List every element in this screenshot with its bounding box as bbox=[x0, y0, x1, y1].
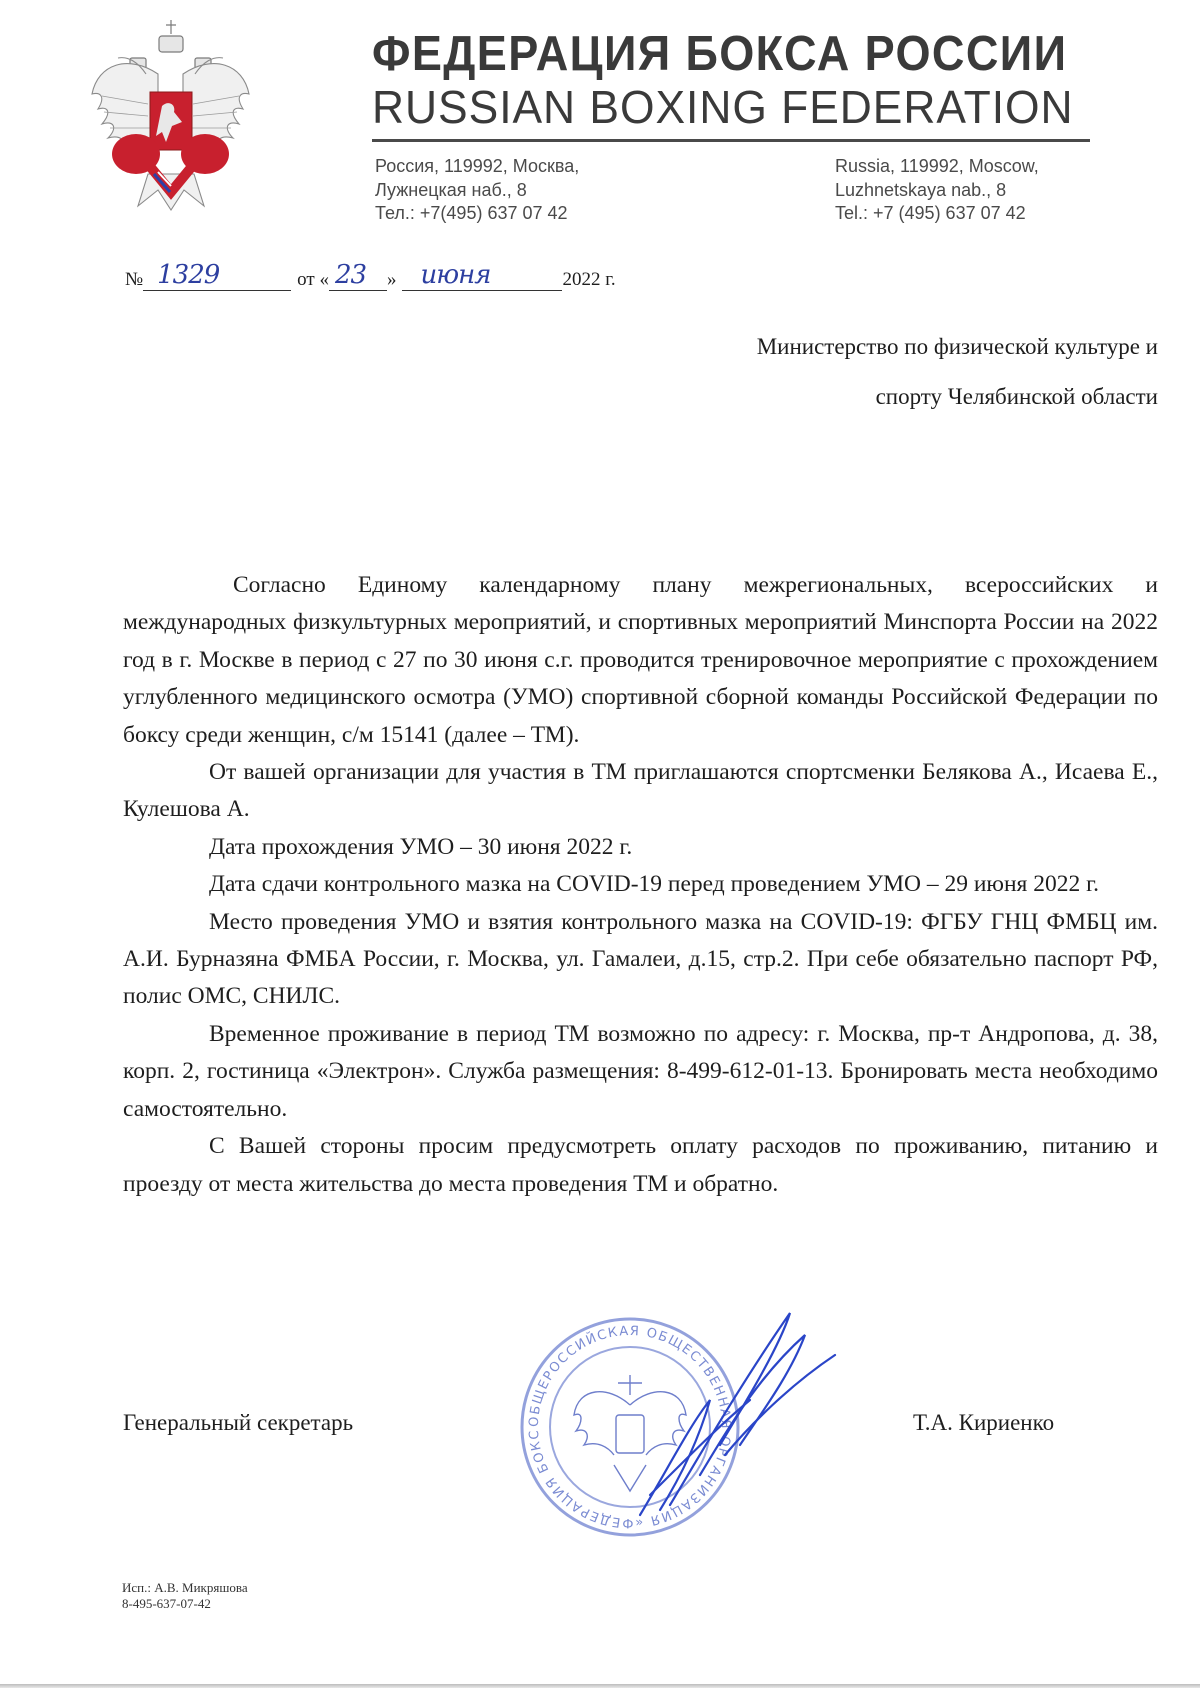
address-russian: Россия, 119992, Москва, Лужнецкая наб., … bbox=[375, 155, 579, 226]
month-field: июня bbox=[402, 262, 562, 291]
executor-phone: 8-495-637-07-42 bbox=[122, 1596, 248, 1612]
address-en-line: Luzhnetskaya nab., 8 bbox=[835, 179, 1039, 203]
address-ru-line: Лужнецкая наб., 8 bbox=[375, 179, 579, 203]
handwritten-day: 23 bbox=[335, 260, 366, 290]
scan-page-edge bbox=[0, 1684, 1200, 1688]
body-paragraph: Согласно Единому календарному плану межр… bbox=[123, 567, 1158, 754]
body-paragraph: Место проведения УМО и взятия контрольно… bbox=[123, 904, 1158, 1016]
federation-emblem-icon bbox=[88, 14, 253, 214]
handwritten-month: июня bbox=[420, 260, 490, 290]
handwritten-signature-icon bbox=[630, 1305, 850, 1520]
body-paragraph: Дата прохождения УМО – 30 июня 2022 г. bbox=[123, 829, 1158, 866]
executor-name: Исп.: А.В. Микряшова bbox=[122, 1580, 248, 1596]
letterhead-divider bbox=[372, 139, 1090, 142]
handwritten-number: 1329 bbox=[157, 260, 219, 290]
number-field: 1329 bbox=[143, 262, 291, 291]
body-paragraph: С Вашей стороны просим предусмотреть опл… bbox=[123, 1128, 1158, 1203]
org-title-russian: ФЕДЕРАЦИЯ БОКСА РОССИИ bbox=[372, 26, 1067, 82]
executor-block: Исп.: А.В. Микряшова 8-495-637-07-42 bbox=[122, 1580, 248, 1612]
body-paragraph: Дата сдачи контрольного мазка на COVID-1… bbox=[123, 866, 1158, 903]
address-en-line: Russia, 119992, Moscow, bbox=[835, 155, 1039, 179]
body-paragraph: Временное проживание в период ТМ возможн… bbox=[123, 1016, 1158, 1128]
body-paragraph: От вашей организации для участия в ТМ пр… bbox=[123, 754, 1158, 829]
letter-body: Согласно Единому календарному плану межр… bbox=[123, 567, 1158, 1203]
from-label: от « bbox=[297, 269, 329, 291]
addressee-line: спорту Челябинской области bbox=[757, 372, 1158, 422]
addressee-line: Министерство по физической культуре и bbox=[757, 322, 1158, 372]
year-label: 2022 г. bbox=[562, 269, 615, 291]
address-en-phone: Tel.: +7 (495) 637 07 42 bbox=[835, 202, 1039, 226]
org-title-english: RUSSIAN BOXING FEDERATION bbox=[372, 80, 1074, 134]
number-prefix: № bbox=[125, 269, 143, 291]
address-english: Russia, 119992, Moscow, Luzhnetskaya nab… bbox=[835, 155, 1039, 226]
address-ru-line: Россия, 119992, Москва, bbox=[375, 155, 579, 179]
signatory-name: Т.А. Кириенко bbox=[913, 1410, 1054, 1436]
address-ru-phone: Тел.: +7(495) 637 07 42 bbox=[375, 202, 579, 226]
addressee-block: Министерство по физической культуре и сп… bbox=[757, 322, 1158, 422]
signatory-position: Генеральный секретарь bbox=[123, 1410, 353, 1436]
registration-line: №1329от «23»июня2022 г. bbox=[125, 262, 616, 294]
day-close-quote: » bbox=[387, 269, 397, 291]
day-field: 23 bbox=[329, 262, 387, 291]
